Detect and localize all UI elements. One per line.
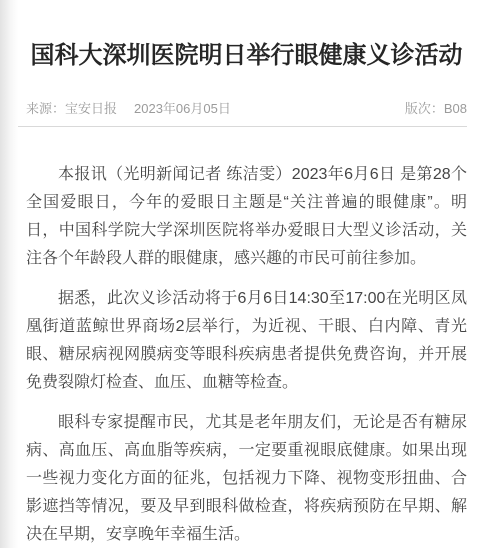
article-page: 国科大深圳医院明日举行眼健康义诊活动 来源：宝安日报 2023年06月05日 版…: [0, 0, 493, 548]
article-title: 国科大深圳医院明日举行眼健康义诊活动: [26, 40, 467, 71]
article-meta-left: 来源：宝安日报 2023年06月05日: [26, 98, 231, 117]
article-paragraph-3: 眼科专家提醒市民，尤其是老年朋友们，无论是否有糖尿病、高血压、高血脂等疾病，一定…: [26, 409, 467, 548]
article-body: 本报讯（光明新闻记者 练洁雯）2023年6月6日 是第28个全国爱眼日，今年的爱…: [0, 127, 493, 548]
publish-date: 2023年06月05日: [134, 98, 231, 117]
article-paragraph-2: 据悉，此次义诊活动将于6月6日14:30至17:00在光明区凤凰街道蓝鲸世界商场…: [26, 285, 467, 397]
article-source: 来源：宝安日报: [26, 98, 117, 117]
article-paragraph-1: 本报讯（光明新闻记者 练洁雯）2023年6月6日 是第28个全国爱眼日，今年的爱…: [26, 161, 467, 273]
article-meta: 来源：宝安日报 2023年06月05日 版次：B08: [26, 98, 467, 117]
edition-number: 版次：B08: [405, 98, 467, 117]
article-header: 国科大深圳医院明日举行眼健康义诊活动 来源：宝安日报 2023年06月05日 版…: [0, 0, 493, 117]
